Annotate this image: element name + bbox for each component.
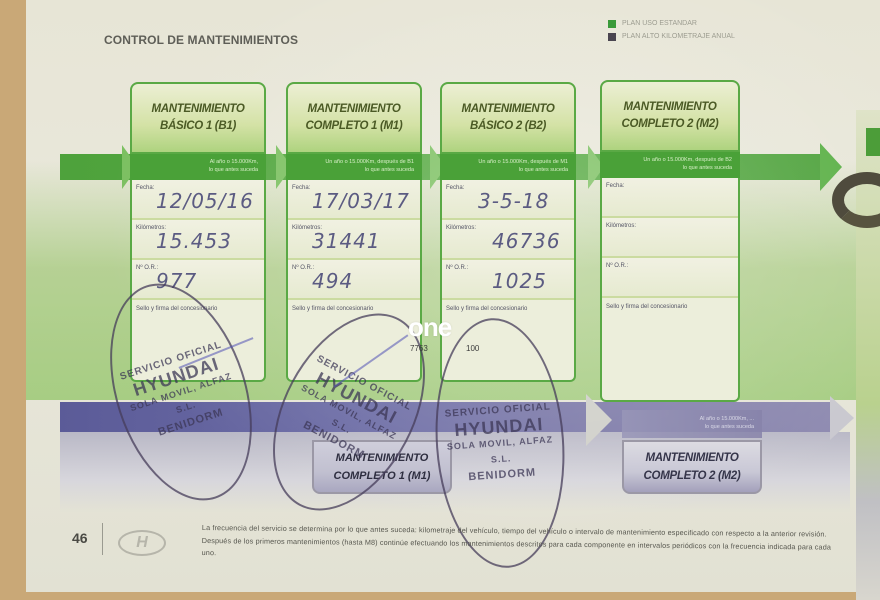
watermark-logo: one [408, 312, 451, 343]
field-label: Nº O.R.: [292, 265, 314, 271]
card-interval-note: Al año o 15.000Km, lo que antes suceda [130, 154, 266, 180]
card-title-line: BÁSICO 2 (B2) [470, 118, 546, 135]
note-line: Al año o 15.000Km, [134, 158, 258, 166]
card-title: MANTENIMIENTO BÁSICO 2 (B2) [440, 82, 576, 154]
field-label: Fecha: [446, 185, 464, 191]
card-title: MANTENIMIENTO COMPLETO 2 (M2) [600, 80, 740, 152]
maintenance-card-m2: MANTENIMIENTO COMPLETO 2 (M2) Un año o 1… [600, 80, 740, 402]
km-value: 31441 [312, 229, 381, 253]
high-km-card-m2: MANTENIMIENTO COMPLETO 2 (M2) [622, 440, 762, 494]
date-value: 12/05/16 [156, 189, 254, 213]
card-interval-note: Un año o 15.000Km, después de B1 lo que … [286, 154, 422, 180]
high-km-arrow-tip [830, 396, 854, 440]
green-swatch-icon [608, 20, 616, 28]
legend-label: PLAN ALTO KILOMETRAJE ANUAL [622, 33, 735, 40]
dark-swatch-icon [608, 33, 616, 41]
field-label: Nº O.R.: [606, 263, 628, 269]
card-title: MANTENIMIENTO COMPLETO 1 (M1) [286, 82, 422, 154]
legend-item-high-km: PLAN ALTO KILOMETRAJE ANUAL [608, 30, 735, 43]
or-field[interactable]: Nº O.R.: 1025 [442, 260, 574, 300]
hyundai-logo-icon: H [118, 530, 166, 556]
note-line: lo que antes suceda [290, 166, 414, 174]
field-label: Fecha: [292, 185, 310, 191]
field-label: Kilómetros: [446, 225, 476, 231]
field-label: Fecha: [136, 185, 154, 191]
km-value: 15.453 [156, 229, 232, 253]
km-field[interactable]: Kilómetros: 31441 [288, 220, 420, 260]
or-value: 1025 [492, 269, 547, 293]
legend-item-standard: PLAN USO ESTANDAR [608, 17, 735, 30]
watermark-number: 7763 [410, 344, 428, 353]
card-title-line: MANTENIMIENTO [646, 449, 739, 467]
footnote-text: La frecuencia del servicio se determina … [202, 522, 842, 566]
date-value: 3-5-18 [478, 189, 549, 213]
note-line: Al año o 15.000Km, ... [626, 415, 754, 423]
page-title: CONTROL DE MANTENIMIENTOS [104, 33, 298, 47]
note-line: lo que antes suceda [444, 166, 568, 174]
card-title-line: COMPLETO 1 (M1) [306, 118, 403, 135]
or-field[interactable]: Nº O.R.: 494 [288, 260, 420, 300]
note-line: Un año o 15.000Km, después de B1 [290, 158, 414, 166]
card-title-line: COMPLETO 2 (M2) [644, 467, 741, 485]
card-title: MANTENIMIENTO BÁSICO 1 (B1) [130, 82, 266, 154]
note-line: lo que antes suceda [626, 423, 754, 431]
card-title-line: COMPLETO 2 (M2) [622, 116, 719, 133]
seal-signature-area[interactable]: Sello y firma del concesionario [602, 298, 738, 378]
field-label: Nº O.R.: [136, 265, 158, 271]
note-line: Un año o 15.000Km, después de M1 [444, 158, 568, 166]
divider [102, 523, 103, 555]
date-value: 17/03/17 [312, 189, 410, 213]
high-km-interval-note: Al año o 15.000Km, ... lo que antes suce… [622, 410, 762, 438]
km-field[interactable]: Kilómetros: 46736 [442, 220, 574, 260]
field-label: Nº O.R.: [446, 265, 468, 271]
or-field[interactable]: Nº O.R.: [602, 258, 738, 298]
card-interval-note: Un año o 15.000Km, después de B2 lo que … [600, 152, 740, 178]
legend-label: PLAN USO ESTANDAR [622, 20, 697, 27]
card-title-line: BÁSICO 1 (B1) [160, 118, 236, 135]
field-label: Sello y firma del concesionario [606, 304, 687, 310]
date-field[interactable]: Fecha: 12/05/16 [132, 180, 264, 220]
next-page-tab [866, 128, 880, 156]
card-title-line: MANTENIMIENTO [462, 101, 555, 118]
km-value: 46736 [492, 229, 561, 253]
note-line: lo que antes suceda [134, 166, 258, 174]
card-form: Fecha: Kilómetros: Nº O.R.: Sello y firm… [600, 178, 740, 402]
page-number: 46 [72, 530, 88, 546]
date-field[interactable]: Fecha: 17/03/17 [288, 180, 420, 220]
card-title-line: MANTENIMIENTO [308, 101, 401, 118]
note-line: Un año o 15.000Km, después de B2 [604, 156, 732, 164]
km-field[interactable]: Kilómetros: [602, 218, 738, 258]
legend: PLAN USO ESTANDAR PLAN ALTO KILOMETRAJE … [608, 17, 735, 43]
or-value: 494 [312, 269, 353, 293]
card-interval-note: Un año o 15.000Km, después de M1 lo que … [440, 154, 576, 180]
km-field[interactable]: Kilómetros: 15.453 [132, 220, 264, 260]
field-label: Sello y firma del concesionario [446, 306, 527, 312]
date-field[interactable]: Fecha: [602, 178, 738, 218]
manual-page: CONTROL DE MANTENIMIENTOS PLAN USO ESTAN… [26, 0, 880, 592]
field-label: Sello y firma del concesionario [292, 306, 373, 312]
watermark-number: 100 [466, 344, 479, 353]
card-title-line: MANTENIMIENTO [152, 101, 245, 118]
field-label: Fecha: [606, 183, 624, 189]
date-field[interactable]: Fecha: 3-5-18 [442, 180, 574, 220]
note-line: lo que antes suceda [604, 164, 732, 172]
card-title-line: MANTENIMIENTO [624, 99, 717, 116]
field-label: Kilómetros: [606, 223, 636, 229]
